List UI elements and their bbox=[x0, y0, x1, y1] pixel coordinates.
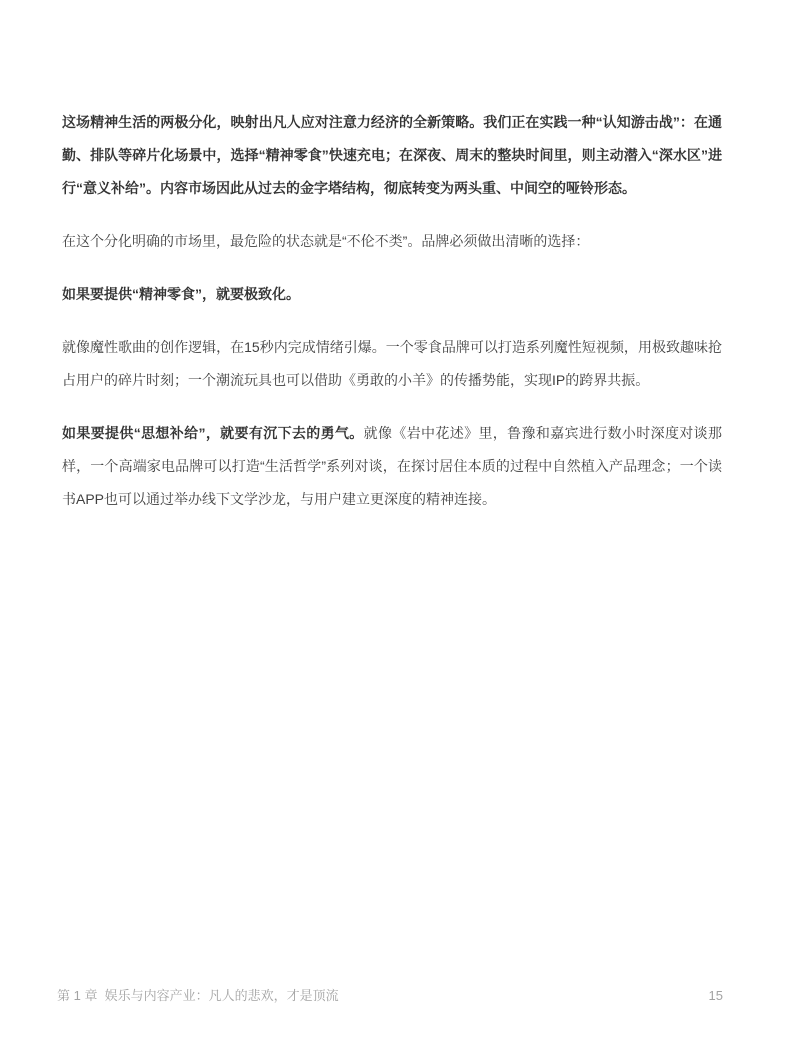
paragraph-4: 就像魔性歌曲的创作逻辑，在15秒内完成情绪引爆。一个零食品牌可以打造系列魔性短视… bbox=[62, 331, 722, 397]
paragraph-2: 在这个分化明确的市场里，最危险的状态就是“不伦不类”。品牌必须做出清晰的选择： bbox=[62, 225, 722, 258]
paragraph-5-bold-text: 如果要提供“思想补给”，就要有沉下去的勇气。 bbox=[62, 425, 364, 441]
paragraph-3: 如果要提供“精神零食”，就要极致化。 bbox=[62, 278, 722, 311]
page-footer: 第 1 章 娱乐与内容产业：凡人的悲欢，才是顶流 15 bbox=[57, 986, 723, 1006]
footer-chapter-title: 第 1 章 娱乐与内容产业：凡人的悲欢，才是顶流 bbox=[57, 986, 339, 1006]
paragraph-4-text: 就像魔性歌曲的创作逻辑，在15秒内完成情绪引爆。一个零食品牌可以打造系列魔性短视… bbox=[62, 339, 722, 388]
paragraph-1-bold-text: 这场精神生活的两极分化，映射出凡人应对注意力经济的全新策略。我们正在实践一种“认… bbox=[62, 114, 722, 196]
paragraph-3-bold-text: 如果要提供“精神零食”，就要极致化。 bbox=[62, 286, 300, 302]
paragraph-1: 这场精神生活的两极分化，映射出凡人应对注意力经济的全新策略。我们正在实践一种“认… bbox=[62, 106, 722, 205]
paragraph-5: 如果要提供“思想补给”，就要有沉下去的勇气。就像《岩中花述》里，鲁豫和嘉宾进行数… bbox=[62, 417, 722, 516]
page-content: 这场精神生活的两极分化，映射出凡人应对注意力经济的全新策略。我们正在实践一种“认… bbox=[62, 106, 722, 536]
footer-page-number: 15 bbox=[709, 986, 723, 1006]
paragraph-2-text: 在这个分化明确的市场里，最危险的状态就是“不伦不类”。品牌必须做出清晰的选择： bbox=[62, 233, 589, 249]
document-page: 这场精神生活的两极分化，映射出凡人应对注意力经济的全新策略。我们正在实践一种“认… bbox=[0, 0, 800, 1056]
